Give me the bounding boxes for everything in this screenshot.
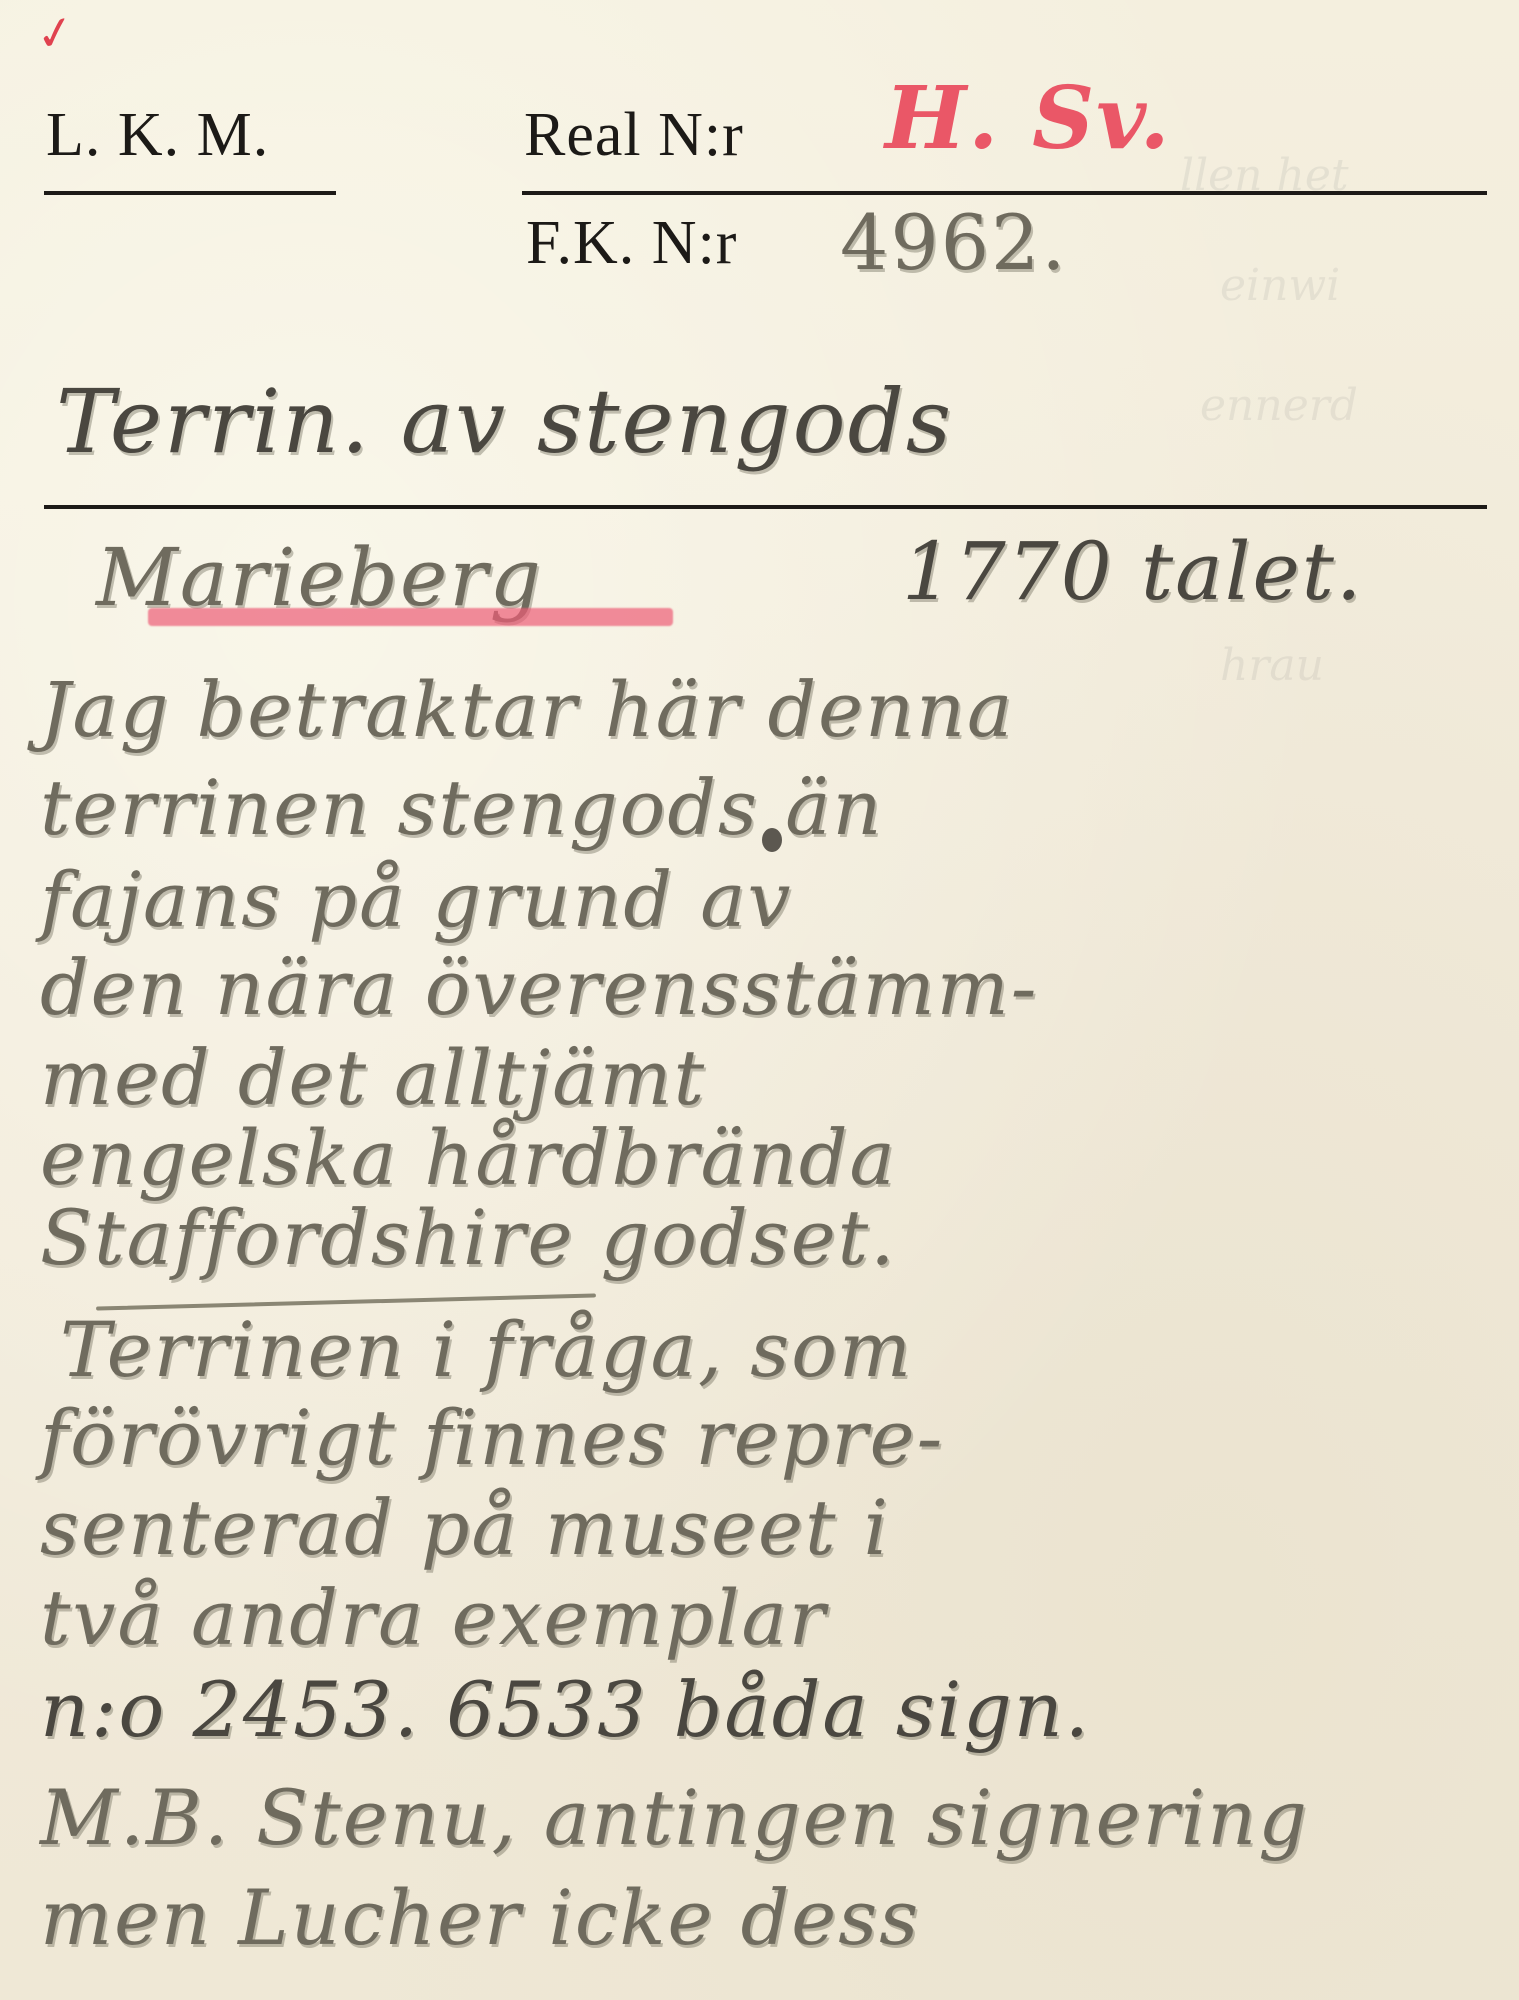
bleed-through-text: einwi <box>1220 260 1340 311</box>
body-line: men Lucher icke dess <box>40 1880 920 1956</box>
body-line: senterad på museet i <box>40 1490 890 1566</box>
body-line: Terrinen i fråga, som <box>60 1312 913 1388</box>
ink-blot <box>762 828 782 852</box>
body-line: fajans på grund av <box>40 862 792 938</box>
header-rule-left <box>44 191 336 195</box>
body-line: Staffordshire godset. <box>40 1200 896 1276</box>
body-line: förövrigt finnes repre- <box>40 1400 944 1476</box>
fk-number-value: 4962. <box>840 205 1068 281</box>
body-line: Jag betraktar här denna <box>40 672 1014 748</box>
body-line: M.B. Stenu, antingen signering <box>40 1780 1309 1856</box>
bleed-through-text: ennerd <box>1200 380 1358 431</box>
bleed-through-text: hrau <box>1220 640 1324 691</box>
real-number-label: Real N:r <box>524 104 744 166</box>
fk-number-label: F.K. N:r <box>526 212 737 274</box>
title-place: Marieberg <box>96 538 543 618</box>
real-number-value: H. Sv. <box>885 76 1172 162</box>
body-line: terrinen stengods än <box>40 770 883 846</box>
header-rule-right <box>522 191 1487 195</box>
body-line: två andra exemplar <box>40 1580 827 1656</box>
body-line: n:o 2453. 6533 båda sign. <box>40 1672 1091 1748</box>
title-rule <box>44 505 1487 509</box>
title-date: 1770 talet. <box>902 532 1363 612</box>
red-pencil-underline <box>148 608 673 626</box>
body-line: engelska hårdbrända <box>40 1120 897 1196</box>
body-line: den nära överensstämm- <box>40 950 1038 1026</box>
title-object: Terrin. av stengods <box>56 378 953 466</box>
institution-label: L. K. M. <box>46 104 269 166</box>
body-line: med det alltjämt <box>40 1040 706 1116</box>
